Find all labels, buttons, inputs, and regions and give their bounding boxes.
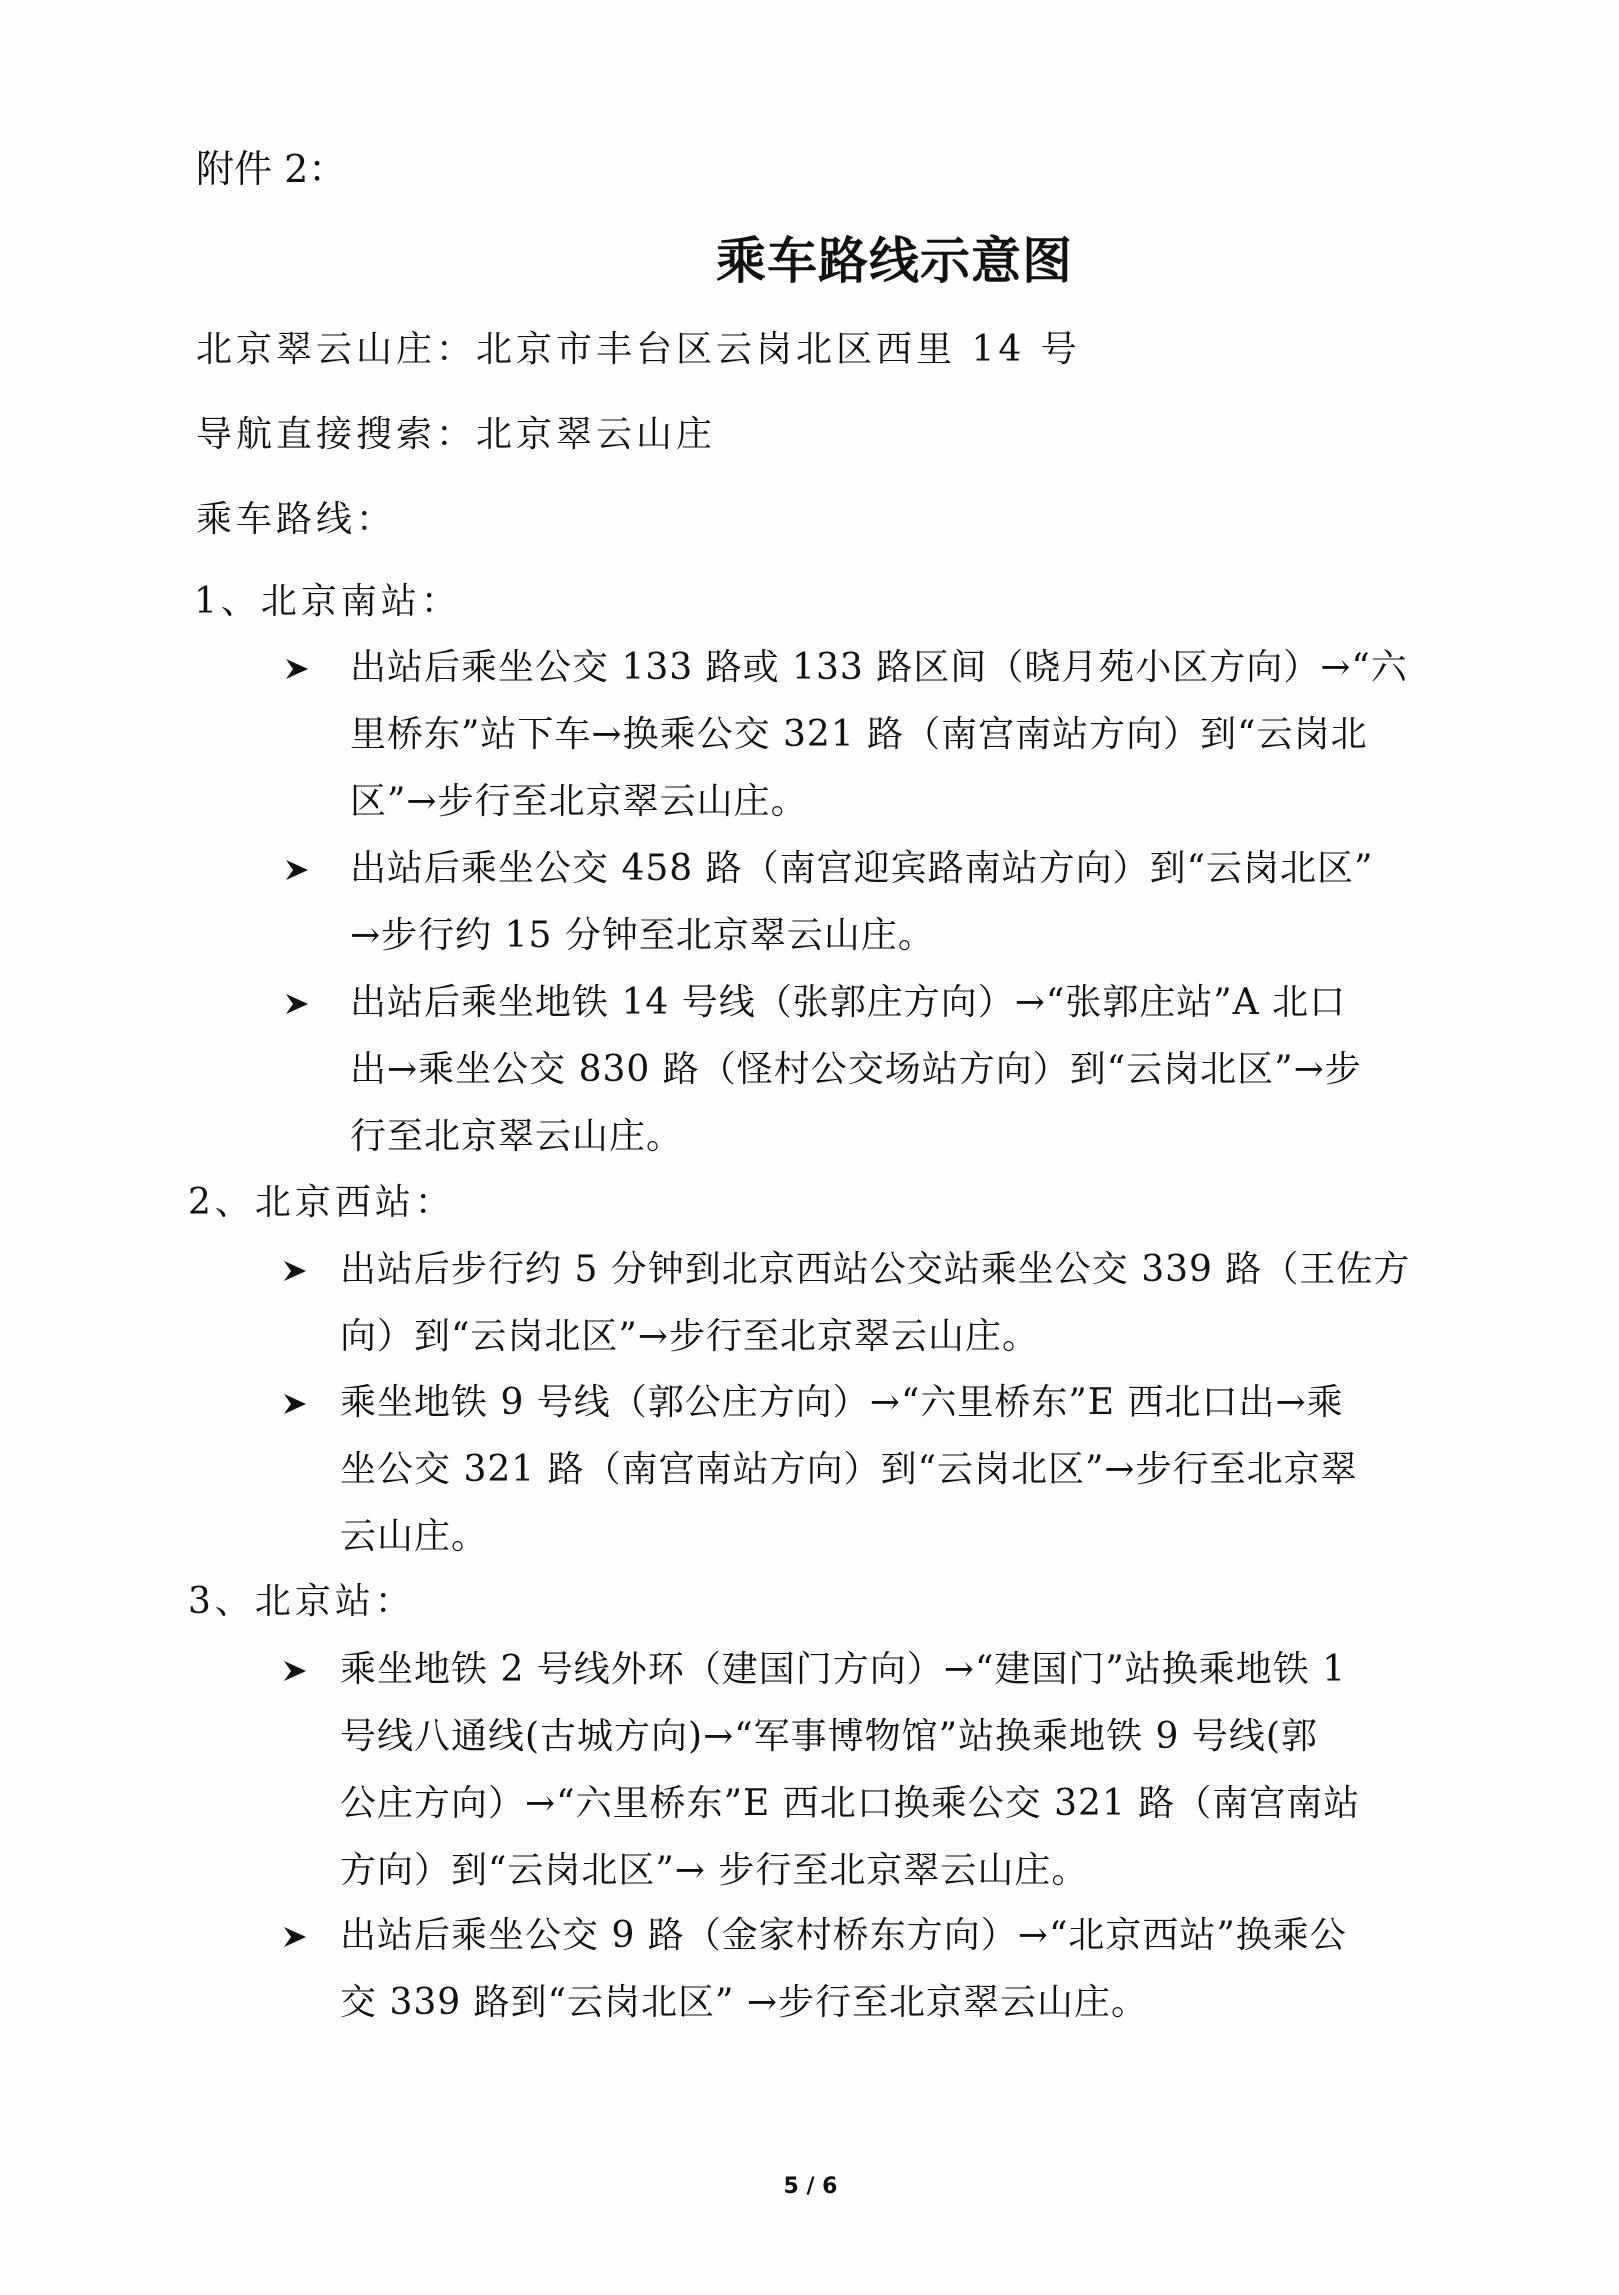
bullet-line: 里桥东”站下车→换乘公交 321 路（南宫南站方向）到“云岗北 xyxy=(350,717,1368,753)
bullet-line: 出站后乘坐公交 458 路（南宫迎宾路南站方向）到“云岗北区” xyxy=(350,851,1373,887)
arrowhead-bullet-icon xyxy=(282,1924,308,1950)
bullet-line: 出站后乘坐地铁 14 号线（张郭庄方向）→“张郭庄站”A 北口 xyxy=(350,985,1346,1021)
bullet-line: 出→乘坐公交 830 路（怪村公交场站方向）到“云岗北区”→步 xyxy=(350,1052,1362,1088)
bullet-line: 区”→步行至北京翠云山庄。 xyxy=(350,784,808,820)
bullet-line: 公庄方向）→“六里桥东”E 西北口换乘公交 321 路（南宫南站 xyxy=(340,1786,1360,1822)
bullet-line: 乘坐地铁 9 号线（郭公庄方向）→“六里桥东”E 西北口出→乘 xyxy=(340,1385,1344,1421)
address-line: 北京翠云山庄：北京市丰台区云岗北区西里 14 号 xyxy=(196,332,1081,368)
navigation-line: 导航直接搜索：北京翠云山庄 xyxy=(196,417,716,453)
page-number: 5 / 6 xyxy=(0,2176,1619,2198)
routes-heading: 乘车路线： xyxy=(196,502,396,538)
bullet-line: 出站后步行约 5 分钟到北京西站公交站乘坐公交 339 路（王佐方 xyxy=(340,1252,1410,1288)
bullet-line: →步行约 15 分钟至北京翠云山庄。 xyxy=(350,918,935,954)
arrowhead-bullet-icon xyxy=(284,991,310,1017)
bullet-line: 云山庄。 xyxy=(340,1519,488,1555)
bullet-line: 方向）到“云岗北区”→ 步行至北京翠云山庄。 xyxy=(340,1853,1088,1889)
bullet-line: 交 339 路到“云岗北区” →步行至北京翠云山庄。 xyxy=(340,1985,1148,2021)
document-page: 附件 2： 乘车路线示意图 北京翠云山庄：北京市丰台区云岗北区西里 14 号 导… xyxy=(0,0,1619,2295)
section-heading-beijing-south: 1、北京南站： xyxy=(194,584,461,620)
bullet-line: 向）到“云岗北区”→步行至北京翠云山庄。 xyxy=(340,1319,1039,1355)
arrowhead-bullet-icon xyxy=(284,857,310,883)
arrowhead-bullet-icon xyxy=(282,1391,308,1417)
attachment-label: 附件 2： xyxy=(196,150,346,188)
bullet-line: 出站后乘坐公交 9 路（金家村桥东方向）→“北京西站”换乘公 xyxy=(340,1918,1347,1954)
arrowhead-bullet-icon xyxy=(282,1658,308,1684)
page-title: 乘车路线示意图 xyxy=(0,236,1619,286)
arrowhead-bullet-icon xyxy=(284,656,310,682)
arrowhead-bullet-icon xyxy=(282,1258,308,1284)
section-heading-beijing-west: 2、北京西站： xyxy=(188,1185,455,1221)
section-heading-beijing-station: 3、北京站： xyxy=(188,1584,415,1620)
bullet-line: 乘坐地铁 2 号线外环（建国门方向）→“建国门”站换乘地铁 1 xyxy=(340,1652,1346,1688)
bullet-line: 行至北京翠云山庄。 xyxy=(350,1119,683,1155)
bullet-line: 号线八通线(古城方向)→“军事博物馆”站换乘地铁 9 号线(郭 xyxy=(340,1719,1318,1755)
bullet-line: 出站后乘坐公交 133 路或 133 路区间（晓月苑小区方向）→“六 xyxy=(350,650,1408,686)
bullet-line: 坐公交 321 路（南宫南站方向）到“云岗北区”→步行至北京翠 xyxy=(340,1452,1358,1488)
